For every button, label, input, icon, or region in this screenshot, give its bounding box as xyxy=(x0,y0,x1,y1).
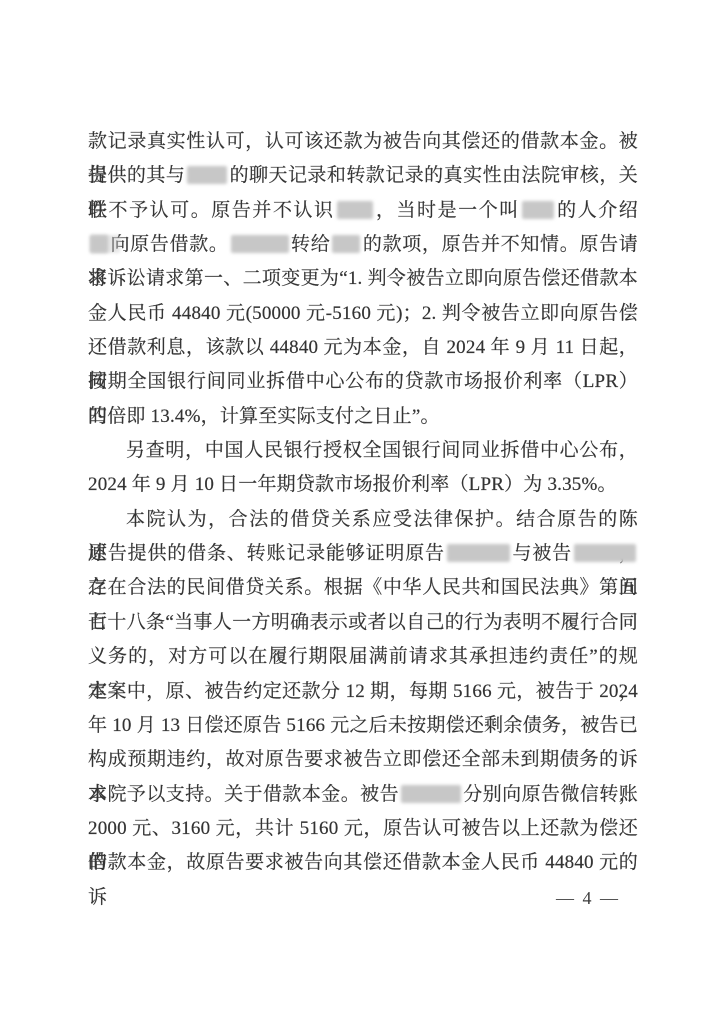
document-page: 款记录真实性认可，认可该还款为被告向其偿还的借款本金。被告提供的其与的聊天记录和… xyxy=(0,0,724,1024)
text-line: 提供的其与的聊天记录和转款记录的真实性由法院审核，关联 xyxy=(88,159,638,193)
text-line: 款记录真实性认可，认可该还款为被告向其偿还的借款本金。被告 xyxy=(88,125,638,159)
text-run: 提供的其与 xyxy=(88,165,185,186)
text-line: 另查明，中国人民银行授权全国银行间同业拆借中心公布， xyxy=(88,434,638,468)
text-line: 还借款利息，该款以 44840 元为本金，自 2024 年 9 月 11 日起，… xyxy=(88,331,638,365)
text-line: 性不予认可。原告并不认识，当时是一个叫的人介绍 xyxy=(88,194,638,228)
text-run: 将诉讼请求第一、二项变更为“1. 判令被告立即向原告偿还借款本 xyxy=(88,268,638,289)
text-run: 本院予以支持。关于借款本金。被告 xyxy=(88,784,399,805)
text-line: 本案中，原、被告约定还款分 12 期，每期 5166 元，被告于 2024 xyxy=(88,675,638,709)
text-line: 本院认为，合法的借贷关系应受法律保护。结合原告的陈述， xyxy=(88,503,638,537)
text-run: 另查明，中国人民银行授权全国银行间同业拆借中心公布， xyxy=(126,440,638,461)
text-run: 2024 年 9 月 10 日一年期贷款市场报价利率（LPR）为 3.35%。 xyxy=(88,474,617,495)
redaction-box xyxy=(522,201,554,219)
text-line: 四倍即 13.4%，计算至实际支付之日止”。 xyxy=(88,400,638,434)
redaction-box xyxy=(90,235,108,253)
redaction-box xyxy=(187,166,227,184)
text-run: 向原告借款。 xyxy=(110,234,229,255)
page-number: — 4 — xyxy=(543,888,633,909)
text-line: 本院予以支持。关于借款本金。被告分别向原告微信转账 xyxy=(88,778,638,812)
text-run: 七十八条“当事人一方明确表示或者以自己的行为表明不履行合同 xyxy=(88,612,638,633)
text-line: 向原告借款。转给的款项，原告并不知情。原告请求 xyxy=(88,228,638,262)
text-line: 存在合法的民间借贷关系。根据《中华人民共和国民法典》第五百 xyxy=(88,571,638,605)
text-run: 分别向原告微信转账 xyxy=(463,784,638,805)
text-run: ，当时是一个叫 xyxy=(375,200,520,221)
text-line: 年 10 月 13 日偿还原告 5166 元之后未按期偿还剩余债务，被告已 xyxy=(88,709,638,743)
text-line: 将诉讼请求第一、二项变更为“1. 判令被告立即向原告偿还借款本 xyxy=(88,262,638,296)
redaction-box xyxy=(332,235,360,253)
redaction-box xyxy=(401,785,461,803)
text-run: 转给 xyxy=(291,234,331,255)
redaction-box xyxy=(447,544,510,562)
text-line: 2024 年 9 月 10 日一年期贷款市场报价利率（LPR）为 3.35%。 xyxy=(88,468,638,502)
text-run: 原告提供的借条、转账记录能够证明原告 xyxy=(88,543,445,564)
text-line: 借款本金，故原告要求被告向其偿还借款本金人民币 44840 元的诉 xyxy=(88,846,638,880)
text-run: 与被告 xyxy=(512,543,572,564)
text-line: 原告提供的借条、转账记录能够证明原告与被告之间 xyxy=(88,537,638,571)
text-run: 本案中，原、被告约定还款分 12 期，每期 5166 元，被告于 2024 xyxy=(88,681,638,702)
redaction-box xyxy=(574,544,636,562)
text-line: 同期全国银行间同业拆借中心公布的贷款市场报价利率（LPR）的 xyxy=(88,365,638,399)
text-run: 年 10 月 13 日偿还原告 5166 元之后未按期偿还剩余债务，被告已 xyxy=(88,715,638,736)
text-run: 的人介绍 xyxy=(556,200,638,221)
text-run: 四倍即 13.4%，计算至实际支付之日止”。 xyxy=(88,406,440,427)
redaction-box xyxy=(231,235,289,253)
redaction-box xyxy=(337,201,373,219)
text-line: 构成预期违约，故对原告要求被告立即偿还全部未到期债务的诉求， xyxy=(88,743,638,777)
text-run: 金人民币 44840 元(50000 元-5160 元)；2. 判令被告立即向原… xyxy=(88,303,638,324)
text-line: 金人民币 44840 元(50000 元-5160 元)；2. 判令被告立即向原… xyxy=(88,297,638,331)
text-line: 2000 元、3160 元，共计 5160 元，原告认可被告以上还款为偿还的 xyxy=(88,812,638,846)
text-line: 义务的，对方可以在履行期限届满前请求其承担违约责任”的规定， xyxy=(88,640,638,674)
text-line: 七十八条“当事人一方明确表示或者以自己的行为表明不履行合同 xyxy=(88,606,638,640)
judgment-text-block: 款记录真实性认可，认可该还款为被告向其偿还的借款本金。被告提供的其与的聊天记录和… xyxy=(88,125,638,881)
text-run: 性不予认可。原告并不认识 xyxy=(88,200,335,221)
